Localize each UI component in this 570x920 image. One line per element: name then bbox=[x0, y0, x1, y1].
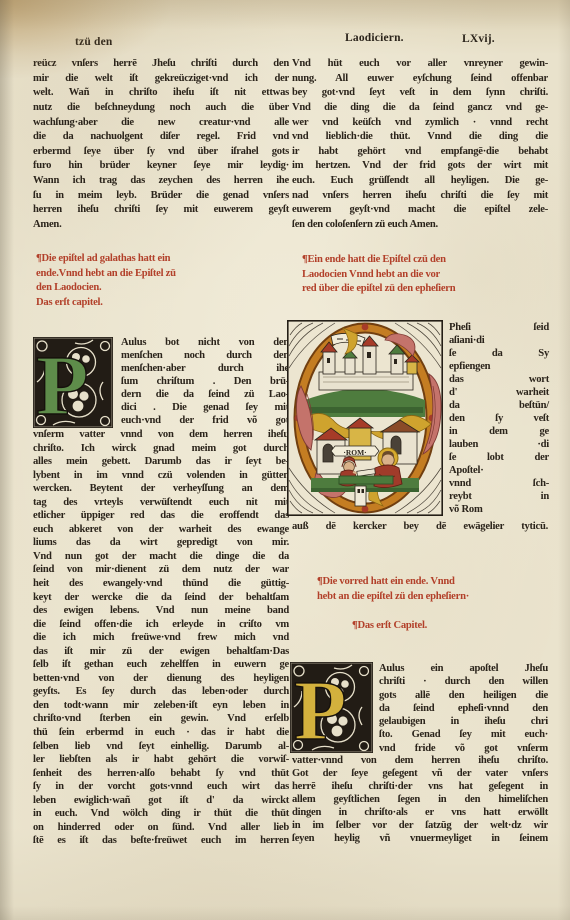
text-line: vnnd ſch- bbox=[449, 478, 549, 491]
miniature-illuminated-initial: ·ROM· bbox=[287, 320, 443, 516]
text-line: euch. Euch grüſſendt all heyligen. Die g… bbox=[292, 174, 548, 189]
text-line: ſe lobt der bbox=[449, 452, 549, 465]
initial-p-gold-woodcut: P bbox=[290, 662, 373, 753]
text-line: die da nachuolgent diſer regel. Frid vnd bbox=[33, 130, 289, 145]
text-line: Wann ich trag das zeychen des herren ihe bbox=[33, 174, 289, 189]
text-line: die ich mich freüwe·vnd frew mich vnd bbox=[33, 631, 289, 645]
text-line: reücz vnſers herrē Jheſu chriſti durch d… bbox=[33, 57, 289, 72]
text-line: vnd lieblich·die thüt. Vnnd die ding die bbox=[292, 130, 548, 145]
text-line: gelaubigen in iheſu chri bbox=[379, 715, 548, 728]
text-line: Aulus bot nicht von den bbox=[121, 337, 289, 350]
illuminated-initial-p-green: P bbox=[33, 337, 113, 428]
text-line: ¶Die epiſtel ad galathas hatt ein bbox=[36, 252, 292, 267]
initial-p-green-woodcut: P bbox=[33, 337, 113, 428]
text-line: ſelben lieb vnd ſeyt einhellig. Darumb a… bbox=[33, 740, 289, 754]
text-line: im hertzen. Vnd der frid gots der wirt m… bbox=[292, 159, 548, 174]
text-line: hebt an die epiſtel zü den epheſiern· bbox=[317, 590, 552, 605]
text-line: menſchen noch durch den bbox=[121, 350, 289, 363]
text-line: ſe da Sy bbox=[449, 348, 549, 361]
right-line-below-miniature: auß dē kercker bey dē ewāgelier tyticū. bbox=[292, 521, 548, 532]
text-line: herren iheſu chriſti ſey mit euwerem gey… bbox=[33, 203, 289, 218]
right-side-text-prologue: Pheſi ſeidaſiani·diſe da Syepfiengendas … bbox=[449, 322, 549, 517]
text-line: liums das da wirt gepredigt von mir. bbox=[33, 536, 289, 550]
text-line: ſu in meim leyb. Brüder die genad vnſers bbox=[33, 189, 289, 204]
text-line: wachſung·aber die new creatur·vnd alle bbox=[33, 116, 289, 131]
right-paragraph-laodiceans-end: Vnd hüt euch vor aller vnreyner gewin-nu… bbox=[292, 57, 548, 233]
text-line: allem geyſtlichen ſegen in den himeliſch… bbox=[292, 794, 548, 807]
text-line: ſelb iſt gethan euch zehelffen in euwern… bbox=[33, 658, 289, 672]
text-line: mir die welt iſt gekreücziget·vnd ich de… bbox=[33, 72, 289, 87]
text-line: das wort bbox=[449, 374, 549, 387]
text-line: nung. All euwer eyſchung ſeind offenbar bbox=[292, 72, 548, 87]
text-line: da beſtün/ bbox=[449, 400, 549, 413]
text-line: etlicher üppiger red das die eroffendt d… bbox=[33, 509, 289, 523]
text-line: aſiani·di bbox=[449, 335, 549, 348]
folio-number: LXvij. bbox=[462, 33, 495, 45]
text-line: vnd fride võ got vnſerm bbox=[379, 742, 548, 755]
text-line: in dem ge bbox=[449, 426, 549, 439]
text-line: die ſeind offen·die ich erleyde in criſt… bbox=[33, 618, 289, 632]
text-line: Apoſtel· bbox=[449, 465, 549, 478]
text-line: wercken. Beytent der verheyſſung an dem bbox=[33, 482, 289, 496]
text-line: geyſts. Es ſey durch das leben·oder durc… bbox=[33, 685, 289, 699]
text-line: in euch. Vnd wölch ding ir thüt die thüt bbox=[33, 807, 289, 821]
text-line: Amen. bbox=[33, 218, 289, 233]
running-header-left: tzü den bbox=[75, 36, 113, 48]
text-line: chriſti · durch den willen bbox=[379, 675, 548, 688]
text-line: des ewigen lebens. Vnd nun meine band bbox=[33, 604, 289, 618]
text-line: furo hin brüder keyner ſeye mir leydig· bbox=[33, 159, 289, 174]
text-line: den todt·wann mir zeleben·iſt eyn leben … bbox=[33, 699, 289, 713]
text-line: Vnd hüt euch vor aller vnreyner gewin- bbox=[292, 57, 548, 72]
text-line: thü ſein erbermd in euch · das ir habt d… bbox=[33, 726, 289, 740]
pillar bbox=[355, 486, 366, 506]
text-line: Vnd nun got der macht die dinge die da bbox=[33, 550, 289, 564]
text-line: menſchen·aber durch ihe bbox=[121, 363, 289, 376]
text-line: Vnd die ding die da ſeind gancz vnd ge- bbox=[292, 101, 548, 116]
text-line: Got der ſeye geſegent vñ der vater vnſer… bbox=[292, 768, 548, 781]
illuminated-initial-p-gold: P bbox=[290, 662, 373, 753]
text-line: vnſerm vatter vnnd von dem herren iheſu bbox=[33, 428, 289, 442]
right-rubric-vorred-end: ¶Die vorred hatt ein ende. Vnndhebt an d… bbox=[317, 575, 552, 604]
text-line: Pheſi ſeid bbox=[449, 322, 549, 335]
text-line: ler liebſten als ir habt gehört die vorw… bbox=[33, 753, 289, 767]
text-line: on hinderred oder on ſünd. Vnd aller lie… bbox=[33, 821, 289, 835]
text-line: bey got·vnd ſeyt veſt in dem ſynn chriſt… bbox=[292, 86, 548, 101]
text-line: chriſto. Ich wirck gnad meim got durch bbox=[33, 442, 289, 456]
text-line: erbermd ſeye über ſy vnd über iſrahel go… bbox=[33, 145, 289, 160]
text-line: in im ſelber vor der ſatzūg der welt·dz … bbox=[292, 820, 548, 833]
text-line: heit des ewangely·vnd thünd die güttig- bbox=[33, 577, 289, 591]
text-line: ¶Ein ende hatt die Epiſtel czü den bbox=[302, 253, 552, 268]
rome-scroll-label: ·ROM· bbox=[343, 448, 366, 457]
text-line: ſtē es iſt das beſte·freüwet euch im her… bbox=[33, 834, 289, 848]
text-line: wer vnd keüſch vnd zymlich · vnnd recht bbox=[292, 116, 548, 131]
text-line: euch abkeret von der warheit des ewange bbox=[33, 523, 289, 537]
right-rubric-epistle-end: ¶Ein ende hatt die Epiſtel czü denLaodoc… bbox=[302, 253, 552, 297]
text-line: epfiengen bbox=[449, 361, 549, 374]
text-line: vatter·vnnd von dem herren iheſu chriſto… bbox=[292, 755, 548, 768]
text-line: den Laodocien. bbox=[36, 281, 292, 296]
text-line: lybent in im vnnd czü volenden in gütten bbox=[33, 469, 289, 483]
text-line: ſum chriſtum . Den brü- bbox=[121, 376, 289, 389]
text-line: gots allē den heiligen die bbox=[379, 689, 548, 702]
left-body-beside-initial: Aulus bot nicht von denmenſchen noch dur… bbox=[121, 337, 289, 428]
text-line: ende.Vnnd hebt an die Epiſtel zü bbox=[36, 267, 292, 282]
right-body-full: vatter·vnnd von dem herren iheſu chriſto… bbox=[292, 755, 548, 846]
text-line: leben ewiglich·wañ got iſt d' da wirckt bbox=[33, 794, 289, 808]
text-line: nad vnſers herren iheſu chriſti die ſey … bbox=[292, 189, 548, 204]
text-line: euch·vnd der frid võ got bbox=[121, 415, 289, 428]
text-line: reybt in bbox=[449, 491, 549, 504]
text-line: alles mein gebett. Darumb das ir ſeyt be… bbox=[33, 455, 289, 469]
text-line: keyt der wercke die da ſeind der behaltſ… bbox=[33, 591, 289, 605]
text-line: ſeyen heylig vñ vnuermeyliget in ſeinem bbox=[292, 833, 548, 846]
text-line: ſen den coloſenſern zü euch Amen. bbox=[292, 218, 548, 233]
drop-cap-letter: P bbox=[36, 337, 89, 428]
text-line: euwerem geyſt·vnd macht die epiſtel zele… bbox=[292, 203, 548, 218]
text-line: võ Rom bbox=[449, 504, 549, 517]
text-line: betten·vnd von der dienung des heyligen bbox=[33, 672, 289, 686]
text-line: ſto. Genad ſey mit euch· bbox=[379, 728, 548, 741]
text-line: nutz die beſchneydung noch auch die über bbox=[33, 101, 289, 116]
city-wall bbox=[319, 372, 413, 390]
left-paragraph-galatians-end: reücz vnſers herrē Jheſu chriſti durch d… bbox=[33, 57, 289, 233]
text-line: den ſy veſt bbox=[449, 413, 549, 426]
text-line: welt. Wañ in chriſto iheſu iſt nit ettwa… bbox=[33, 86, 289, 101]
right-body-beside-initial: Aulus ein apoſtel Jheſuchriſti · durch d… bbox=[379, 662, 548, 755]
miniature-woodcut: ·ROM· bbox=[287, 320, 443, 516]
text-line: Aulus ein apoſtel Jheſu bbox=[379, 662, 548, 675]
text-line: ir habt gehört vnd empfangē·die behabt bbox=[292, 145, 548, 160]
text-line: das iſt mir zü der ewigen behaltſam·Das bbox=[33, 645, 289, 659]
text-line: da ſeind epheſi·vnnd den bbox=[379, 702, 548, 715]
writing-desk bbox=[339, 476, 393, 484]
text-line: lauben ·di bbox=[449, 439, 549, 452]
text-line: ſeind von mir·dienent zü dem nutz der wa… bbox=[33, 563, 289, 577]
text-line: Das erſt capitel. bbox=[36, 296, 292, 311]
text-line: chriſto·vnd ſterben ein gewin. Vnd erſel… bbox=[33, 712, 289, 726]
text-line: dici . Die genad ſey mit bbox=[121, 402, 289, 415]
text-line: dingen in chriſto·als er vns hatt erwöll… bbox=[292, 807, 548, 820]
text-line: Laodocien Vnnd hebt an die vor bbox=[302, 268, 552, 283]
text-line: d' warheit bbox=[449, 387, 549, 400]
text-line: ¶Das erſt Capitel. bbox=[352, 620, 427, 631]
text-line: ſenheit des herren·alſo behabt ſy vnd th… bbox=[33, 767, 289, 781]
left-rubric-epistle-transition: ¶Die epiſtel ad galathas hatt einende.Vn… bbox=[36, 252, 292, 310]
text-line: tag des vrteyls verwüſtendt euch nit mit bbox=[33, 496, 289, 510]
left-body-full: vnſerm vatter vnnd von dem herren iheſuc… bbox=[33, 428, 289, 848]
text-line: herrē iheſu chriſti·der vns hat geſegent… bbox=[292, 781, 548, 794]
drop-cap-letter: P bbox=[294, 662, 347, 753]
text-line: ¶Die vorred hatt ein ende. Vnnd bbox=[317, 575, 552, 590]
running-header-right: Laodiciern. bbox=[345, 32, 404, 44]
text-line: red über die epiſtel zü den epheſiern bbox=[302, 282, 552, 297]
text-line: dern die da ſeind zü Lao- bbox=[121, 389, 289, 402]
text-line: auß dē kercker bey dē ewāgelier tyticū. bbox=[292, 521, 548, 532]
text-line: ſy in der vorcht gots·vnnd euch wirt das bbox=[33, 780, 289, 794]
incunabulum-page: tzü den Laodiciern. LXvij. reücz vnſers … bbox=[0, 0, 570, 920]
right-rubric-first-chapter: ¶Das erſt Capitel. bbox=[352, 620, 427, 631]
